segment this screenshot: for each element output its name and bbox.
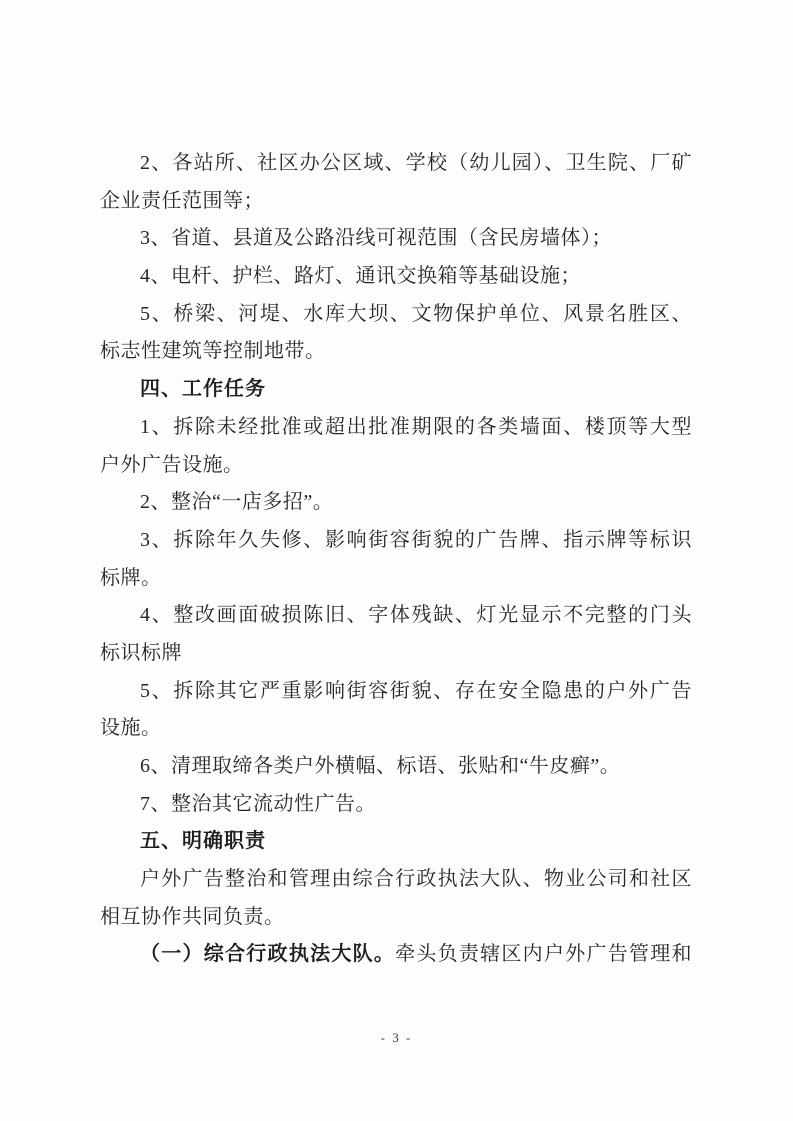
text-line: 2、各站所、社区办公区域、学校（幼儿园）、卫生院、厂矿 — [100, 145, 692, 183]
text-line: 7、整治其它流动性广告。 — [100, 786, 692, 824]
text-line: 4、整改画面破损陈旧、字体残缺、灯光显示不完整的门头 — [100, 597, 692, 635]
text-line: 4、电杆、护栏、路灯、通讯交换箱等基础设施； — [100, 258, 692, 296]
text-line: 3、省道、县道及公路沿线可视范围（含民房墙体）； — [100, 220, 692, 258]
page-number: - 3 - — [0, 1030, 793, 1046]
text-line: 标识标牌 — [100, 635, 692, 673]
document-page: 2、各站所、社区办公区域、学校（幼儿园）、卫生院、厂矿 企业责任范围等； 3、省… — [0, 0, 793, 1121]
text-line: 6、清理取缔各类户外横幅、标语、张贴和“牛皮癣”。 — [100, 748, 692, 786]
text-line: 设施。 — [100, 710, 692, 748]
section-heading-responsibilities: 五、明确职责 — [100, 823, 692, 861]
text-line: 5、拆除其它严重影响街容街貌、存在安全隐患的户外广告 — [100, 673, 692, 711]
text-line: 户外广告整治和管理由综合行政执法大队、物业公司和社区 — [100, 861, 692, 899]
text-line: 户外广告设施。 — [100, 447, 692, 485]
text-line: 牵头负责辖区内户外广告管理和 — [395, 943, 692, 965]
subsection-lead-enforcement-brigade: （一）综合行政执法大队。 — [140, 943, 395, 965]
text-line: 相互协作共同负责。 — [100, 899, 692, 937]
text-line: 企业责任范围等； — [100, 183, 692, 221]
text-line: 1、拆除未经批准或超出批准期限的各类墙面、楼顶等大型 — [100, 409, 692, 447]
text-line: 5、桥梁、河堤、水库大坝、文物保护单位、风景名胜区、 — [100, 296, 692, 334]
text-line: 标牌。 — [100, 560, 692, 598]
text-line: 3、拆除年久失修、影响街容街貌的广告牌、指示牌等标识 — [100, 522, 692, 560]
text-line: 2、整治“一店多招”。 — [100, 484, 692, 522]
section-heading-work-tasks: 四、工作任务 — [100, 371, 692, 409]
document-body: 2、各站所、社区办公区域、学校（幼儿园）、卫生院、厂矿 企业责任范围等； 3、省… — [100, 145, 692, 974]
text-line: （一）综合行政执法大队。牵头负责辖区内户外广告管理和 — [100, 936, 692, 974]
text-line: 标志性建筑等控制地带。 — [100, 333, 692, 371]
